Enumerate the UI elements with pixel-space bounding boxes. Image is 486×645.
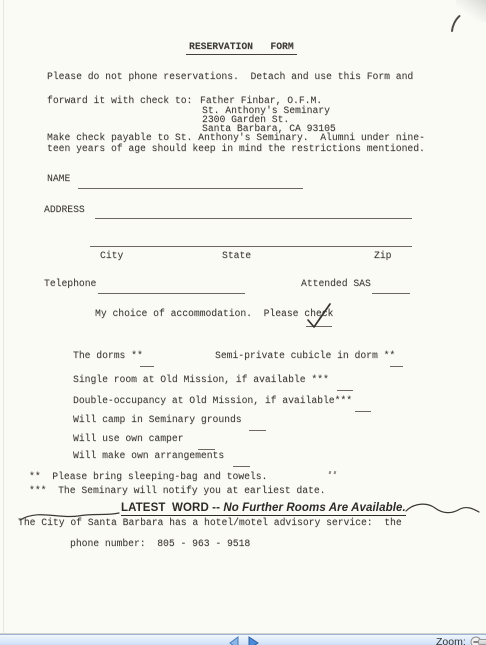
state-label: State <box>222 251 251 261</box>
option-own-arrangements: Will make own arrangements <box>73 451 224 461</box>
name-blank <box>78 188 303 189</box>
zoom-label: Zoom: <box>436 636 466 645</box>
option-single-room-blank <box>337 390 353 391</box>
zip-label: Zip <box>374 251 391 261</box>
option-dorms: The dorms ** <box>73 351 143 361</box>
zoom-controls: Zoom: <box>436 636 482 645</box>
name-label: NAME <box>47 174 70 184</box>
squiggle-right-icon <box>406 504 479 512</box>
previous-page-button[interactable] <box>228 636 240 645</box>
option-camp-blank <box>249 430 266 431</box>
attended-sas-label: Attended SAS <box>301 279 371 289</box>
city-label: City <box>100 251 123 261</box>
scan-edge <box>3 0 4 633</box>
option-semi-private-blank <box>390 366 403 367</box>
telephone-blank <box>98 293 245 294</box>
intro-line-2: forward it with check to: <box>47 96 192 106</box>
stray-mark <box>329 471 337 474</box>
page-corner-shade <box>456 0 486 22</box>
intro-line-4: teen years of age should keep in mind th… <box>47 144 425 154</box>
option-double-occupancy-blank <box>355 411 371 412</box>
address-blank <box>95 218 412 219</box>
zoom-slider[interactable] <box>478 639 486 645</box>
address-label: ADDRESS <box>44 205 85 215</box>
choice-prompt: My choice of accommodation. Please check <box>95 309 333 319</box>
footnote-2: *** The Seminary will notify you at earl… <box>29 486 326 496</box>
address-blank-2 <box>90 246 412 247</box>
choice-check-blank <box>306 326 332 327</box>
option-camp: Will camp in Seminary grounds <box>73 415 242 425</box>
latest-word-message: No Further Rooms Are Available. <box>223 502 405 514</box>
advisory-line-2: phone number: 805 - 963 - 9518 <box>70 539 250 549</box>
intro-line-3: Make check payable to St. Anthony's Semi… <box>47 133 425 143</box>
form-title: RESERVATION FORM <box>186 42 297 52</box>
next-page-icon <box>249 637 258 645</box>
option-semi-private: Semi-private cubicle in dorm ** <box>215 351 395 361</box>
option-camper: Will use own camper <box>73 434 183 444</box>
next-page-button[interactable] <box>247 636 259 645</box>
document-viewer: RESERVATION FORM Please do not phone res… <box>0 0 486 645</box>
latest-word-label: LATEST WORD -- <box>121 502 223 514</box>
option-double-occupancy: Double-occupancy at Old Mission, if avai… <box>73 396 352 406</box>
option-own-arrangements-blank <box>233 466 250 467</box>
viewer-toolbar: Zoom: <box>0 634 486 645</box>
attended-sas-blank <box>372 293 410 294</box>
footnote-1: ** Please bring sleeping-bag and towels. <box>29 472 267 482</box>
option-single-room: Single room at Old Mission, if available… <box>73 375 329 385</box>
intro-line-1: Please do not phone reservations. Detach… <box>47 72 413 82</box>
telephone-label: Telephone <box>44 279 96 289</box>
option-dorms-blank <box>140 366 154 367</box>
page-navigation <box>228 636 259 645</box>
form-title-text: RESERVATION FORM <box>186 41 297 55</box>
scanned-page: RESERVATION FORM Please do not phone res… <box>0 0 486 634</box>
previous-page-icon <box>230 637 238 645</box>
advisory-line-1: The City of Santa Barbara has a hotel/mo… <box>18 518 402 528</box>
latest-word-banner: LATEST WORD -- No Further Rooms Are Avai… <box>121 502 406 516</box>
